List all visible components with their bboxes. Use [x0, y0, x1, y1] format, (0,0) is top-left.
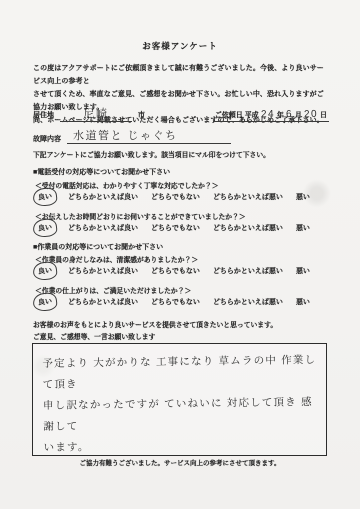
residence-date-row: 居住地 尼崎 市 ご依頼日 平成 24 年 6 月 20 日 [33, 105, 329, 122]
issue-row: 故障内容 水道管と じゃぐち [33, 127, 329, 144]
year-handwritten-value: 24 [260, 109, 275, 120]
request-date-label: ご依頼日 [215, 110, 243, 120]
option-bad: 悪い [296, 192, 310, 202]
option-neutral: どちらでもない [151, 192, 200, 202]
option-rather-bad: どちらかといえば悪い [213, 297, 283, 307]
option-neutral: どちらでもない [151, 223, 200, 233]
residence-field: 居住地 尼崎 市 [33, 105, 145, 122]
option-good: 良い [38, 298, 53, 306]
residence-label: 居住地 [33, 112, 54, 119]
day-handwritten-value: 20 [304, 109, 319, 120]
selected-option-circle: 良い [32, 218, 58, 238]
options-row-1: 良い どちらかといえば良い どちらでもない どちらかといえば悪い 悪い [35, 191, 335, 203]
residence-underline: 尼崎 [60, 105, 132, 122]
options-row-3: 良い どちらかといえば良い どちらでもない どちらかといえば悪い 悪い [35, 265, 335, 277]
month-unit-label: 月 [295, 110, 302, 120]
residence-handwritten-value: 尼崎 [83, 108, 108, 120]
option-rather-good: どちらかといえば良い [68, 297, 138, 307]
option-neutral: どちらでもない [151, 297, 200, 307]
handwritten-comment: 予定より 大がかりな 工事になり 草ムラの中 作業して頂き 申し訳なかったですが… [42, 350, 318, 459]
request-date-underline: ご依頼日 平成 24 年 6 月 20 日 [213, 109, 329, 122]
option-good: 良い [38, 224, 53, 232]
question-worker-appearance: ＜作業員の身だしなみは、清潔感がありましたか？＞ [35, 254, 329, 264]
option-neutral: どちらでもない [151, 266, 200, 276]
option-rather-bad: どちらかといえば悪い [213, 223, 283, 233]
options-row-4: 良い どちらかといえば良い どちらでもない どちらかといえば悪い 悪い [35, 296, 335, 308]
day-unit-label: 日 [320, 110, 327, 120]
era-label: 平成 [245, 110, 259, 120]
options-row-2: 良い どちらかといえば良い どちらでもない どちらかといえば悪い 悪い [35, 222, 335, 234]
feedback-intro-line-1: お客様のお声をもとにより良いサービスを提供させて頂きたいと思っています。 [33, 319, 329, 329]
survey-instruction: 下記アンケートにご協力お願い致します。該当項目にマル印をつけて下さい。 [33, 149, 329, 159]
scanned-survey-page: お客様アンケート この度はアクアサポートにご依頼頂きまして誠に有難うございました… [0, 0, 360, 509]
residence-unit-label: 市 [138, 112, 145, 119]
option-rather-bad: どちらかといえば悪い [213, 266, 283, 276]
option-rather-good: どちらかといえば良い [68, 266, 138, 276]
request-date-field: ご依頼日 平成 24 年 6 月 20 日 [213, 109, 329, 122]
selected-option-circle: 良い [32, 292, 58, 312]
comment-line-3: います。 [43, 434, 318, 459]
issue-label: 故障内容 [33, 134, 61, 144]
option-rather-bad: どちらかといえば悪い [213, 192, 283, 202]
option-rather-good: どちらかといえば良い [68, 223, 138, 233]
issue-underline: 水道管と じゃぐち [67, 127, 231, 144]
option-bad: 悪い [296, 297, 310, 307]
option-bad: 悪い [296, 223, 310, 233]
section-heading-phone: ■電話受付の対応等についてお聞かせ下さい [33, 167, 329, 177]
intro-line-1: この度はアクアサポートにご依頼頂きまして誠に有難うございました。今後、より良いサ… [33, 62, 329, 88]
option-good: 良い [38, 267, 53, 275]
question-phone-response: ＜受付の電話対応は、わかりやすく丁寧な対応でしたか？＞ [35, 180, 329, 190]
option-rather-good: どちらかといえば良い [68, 192, 138, 202]
selected-option-circle: 良い [32, 187, 58, 207]
month-handwritten-value: 6 [286, 109, 293, 120]
option-good: 良い [38, 193, 53, 201]
section-heading-worker: ■作業員の対応等についてお聞かせ下さい [33, 242, 329, 252]
question-visit-time: ＜お伝えしたお時間どおりにお伺いすることができていましたか？＞ [35, 211, 329, 221]
closing-note: ご協力有難うございました。サービス向上の参考にさせて頂きます。 [0, 458, 360, 467]
option-bad: 悪い [296, 266, 310, 276]
selected-option-circle: 良い [32, 261, 58, 281]
comment-box: 予定より 大がかりな 工事になり 草ムラの中 作業して頂き 申し訳なかったですが… [32, 343, 327, 456]
question-work-finish: ＜作業の仕上がりは、ご満足いただけましたか？＞ [35, 285, 329, 295]
comment-line-1: 予定より 大がかりな 工事になり 草ムラの中 作業して頂き [42, 350, 318, 396]
feedback-intro-line-2: ご意見、ご感想等、一言お願い致します [33, 331, 329, 341]
comment-line-2: 申し訳なかったですが ていねいに 対応して頂き 感謝して [43, 392, 319, 438]
page-title: お客様アンケート [0, 40, 360, 52]
issue-handwritten-value: 水道管と じゃぐち [73, 130, 178, 142]
year-unit-label: 年 [277, 110, 284, 120]
